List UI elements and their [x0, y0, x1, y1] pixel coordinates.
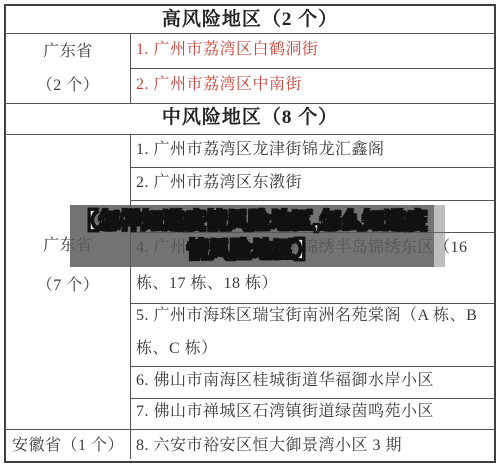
- grid-line: [130, 398, 494, 399]
- anhui-province-label: 安徽省（1 个）: [6, 436, 130, 456]
- high-risk-province-name: 广东省: [6, 42, 130, 62]
- medium-risk-item-7: 7. 佛山市禅城区石湾镇街道绿茵鸣苑小区: [136, 402, 434, 422]
- medium-risk-item-5-line-1: 5. 广州市海珠区瑞宝街南洲名苑棠阁（A 栋、B: [136, 306, 477, 326]
- column-divider: [130, 33, 131, 103]
- column-divider: [130, 134, 131, 459]
- medium-risk-item-8: 8. 六安市裕安区恒大御景湾小区 3 期: [136, 436, 402, 456]
- grid-line: [4, 103, 494, 104]
- grid-line: [130, 167, 494, 168]
- medium-risk-item-6: 6. 佛山市南海区桂城街道华福御水岸小区: [136, 371, 434, 391]
- high-risk-item-2: 2. 广州市荔湾区中南街: [136, 75, 302, 95]
- grid-line: [130, 68, 494, 69]
- risk-area-table-page: 高风险地区（2 个） 广东省 （2 个） 1. 广州市荔湾区白鹤洞街 2. 广州…: [0, 0, 500, 471]
- medium-risk-province-count: （7 个）: [6, 276, 130, 296]
- medium-risk-item-1: 1. 广州市荔湾区龙津街锦龙汇鑫阁: [136, 140, 385, 160]
- title-overlay-line-1: 【怎样知道疫情风险地区,怎么知道疫: [70, 207, 434, 236]
- grid-line: [4, 134, 494, 135]
- grid-line: [4, 429, 494, 430]
- medium-risk-item-4-line-2: 栋、17 栋、18 栋）: [136, 274, 278, 294]
- grid-line: [130, 366, 494, 367]
- medium-risk-item-5-line-2: 栋、C 栋）: [136, 339, 218, 359]
- high-risk-header: 高风险地区（2 个）: [6, 9, 494, 31]
- grid-line: [130, 200, 494, 201]
- grid-line: [130, 303, 494, 304]
- high-risk-province-count: （2 个）: [6, 76, 130, 96]
- grid-line: [4, 33, 494, 34]
- medium-risk-header: 中风险地区（8 个）: [6, 107, 494, 129]
- high-risk-item-1: 1. 广州市荔湾区白鹤洞街: [136, 40, 319, 60]
- title-overlay-line-2: 情风险地区】: [70, 236, 434, 265]
- medium-risk-item-2: 2. 广州市荔湾区东漖街: [136, 173, 302, 193]
- title-overlay: 【怎样知道疫情风险地区,怎么知道疫 情风险地区】: [70, 205, 434, 267]
